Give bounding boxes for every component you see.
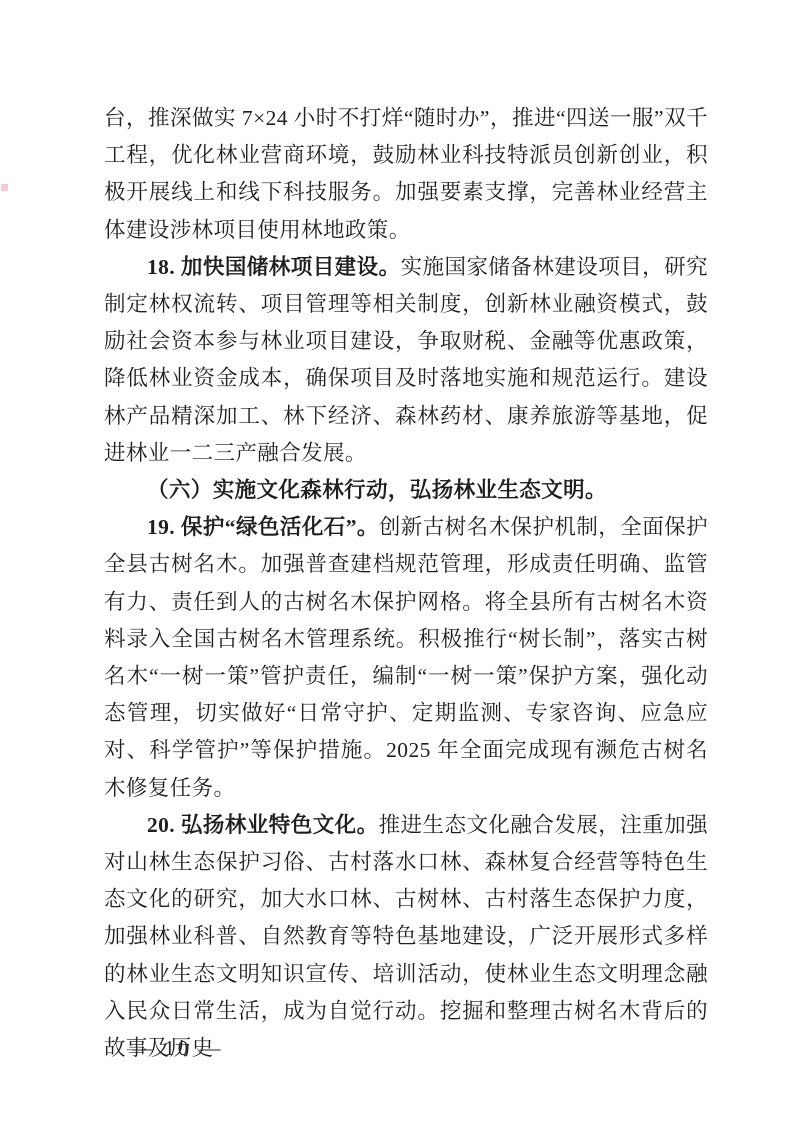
paragraph-lead: 19. 保护“绿色活化石”。 [147, 515, 379, 539]
paragraph-text: 创新古树名木保护机制，全面保护全县古树名木。加强普查建档规范管理，形成责任明确、… [104, 515, 708, 799]
paragraph-text: 推进生态文化融合发展，注重加强对山林生态保护习俗、古村落水口林、森林复合经营等特… [104, 813, 708, 1060]
document-page: 台，推深做实 7×24 小时不打烊“随时办”，推进“四送一服”双千工程，优化林业… [0, 0, 793, 1122]
document-body: 台，推深做实 7×24 小时不打烊“随时办”，推进“四送一服”双千工程，优化林业… [104, 100, 708, 1067]
paragraph-lead: 20. 弘扬林业特色文化。 [147, 813, 379, 837]
paragraph-lead: 18. 加快国储林项目建设。 [147, 255, 401, 279]
scan-speck [1, 184, 8, 191]
page-number: — 10 — [132, 1036, 224, 1061]
paragraph-item-18: 18. 加快国储林项目建设。实施国家储备林建设项目，研究制定林权流转、项目管理等… [104, 249, 708, 472]
section-heading-text: （六）实施文化森林行动，弘扬林业生态文明。 [147, 478, 607, 502]
paragraph-text: 实施国家储备林建设项目，研究制定林权流转、项目管理等相关制度，创新林业融资模式，… [104, 255, 708, 465]
paragraph-continuation: 台，推深做实 7×24 小时不打烊“随时办”，推进“四送一服”双千工程，优化林业… [104, 100, 708, 249]
section-heading-6: （六）实施文化森林行动，弘扬林业生态文明。 [104, 472, 708, 509]
paragraph-item-19: 19. 保护“绿色活化石”。创新古树名木保护机制，全面保护全县古树名木。加强普查… [104, 509, 708, 807]
paragraph-text: 台，推深做实 7×24 小时不打烊“随时办”，推进“四送一服”双千工程，优化林业… [104, 106, 708, 242]
paragraph-item-20: 20. 弘扬林业特色文化。推进生态文化融合发展，注重加强对山林生态保护习俗、古村… [104, 807, 708, 1067]
